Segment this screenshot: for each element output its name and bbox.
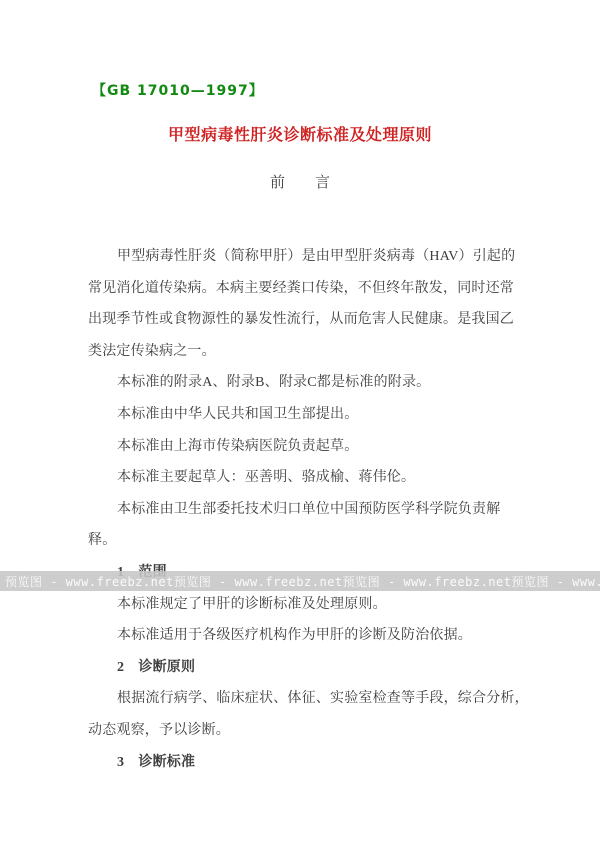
watermark-text: 预览图 - www.freebz.net (5, 573, 174, 590)
body-line: 出现季节性或食物源性的暴发性流行，从而危害人民健康。是我国乙 (88, 304, 524, 336)
watermark-text: 预览图 - www.freebz.net (174, 573, 343, 590)
body-line: 类法定传染病之一。 (88, 336, 524, 368)
body-line: 本标准由卫生部委托技术归口单位中国预防医学科学院负责解 (88, 494, 524, 526)
document-body: 甲型病毒性肝炎（简称甲肝）是由甲型肝炎病毒（HAV）引起的 常见消化道传染病。本… (88, 241, 524, 778)
document-page: 【GB 17010—1997】 甲型病毒性肝炎诊断标准及处理原则 前 言 甲型病… (0, 0, 600, 848)
body-line: 本标准的附录A、附录B、附录C都是标准的附录。 (88, 367, 524, 399)
body-line: 本标准适用于各级医疗机构作为甲肝的诊断及防治依据。 (88, 620, 524, 652)
document-title: 甲型病毒性肝炎诊断标准及处理原则 (0, 122, 600, 145)
watermark-band: 预览图 - www.freebz.net 预览图 - www.freebz.ne… (0, 571, 600, 591)
section-heading-diagnostic-principles: 2 诊断原则 (88, 652, 524, 684)
section-heading-diagnostic-criteria: 3 诊断标准 (88, 747, 524, 779)
standard-code: 【GB 17010—1997】 (92, 80, 264, 100)
body-line: 本标准规定了甲肝的诊断标准及处理原则。 (88, 589, 524, 621)
body-line: 本标准主要起草人：巫善明、骆成榆、蒋伟伦。 (88, 462, 524, 494)
body-line: 释。 (88, 525, 524, 557)
body-line: 常见消化道传染病。本病主要经粪口传染，不但终年散发，同时还常 (88, 273, 524, 305)
body-line: 动态观察，予以诊断。 (88, 715, 524, 747)
watermark-text: 预览图 - www.freebz.net (511, 573, 600, 590)
body-line: 甲型病毒性肝炎（简称甲肝）是由甲型肝炎病毒（HAV）引起的 (88, 241, 524, 273)
body-line: 本标准由上海市传染病医院负责起草。 (88, 431, 524, 463)
body-line: 根据流行病学、临床症状、体征、实验室检查等手段，综合分析， (88, 683, 524, 715)
watermark-text: 预览图 - www.freebz.net (343, 573, 512, 590)
body-line: 本标准由中华人民共和国卫生部提出。 (88, 399, 524, 431)
foreword-heading: 前 言 (0, 171, 600, 192)
